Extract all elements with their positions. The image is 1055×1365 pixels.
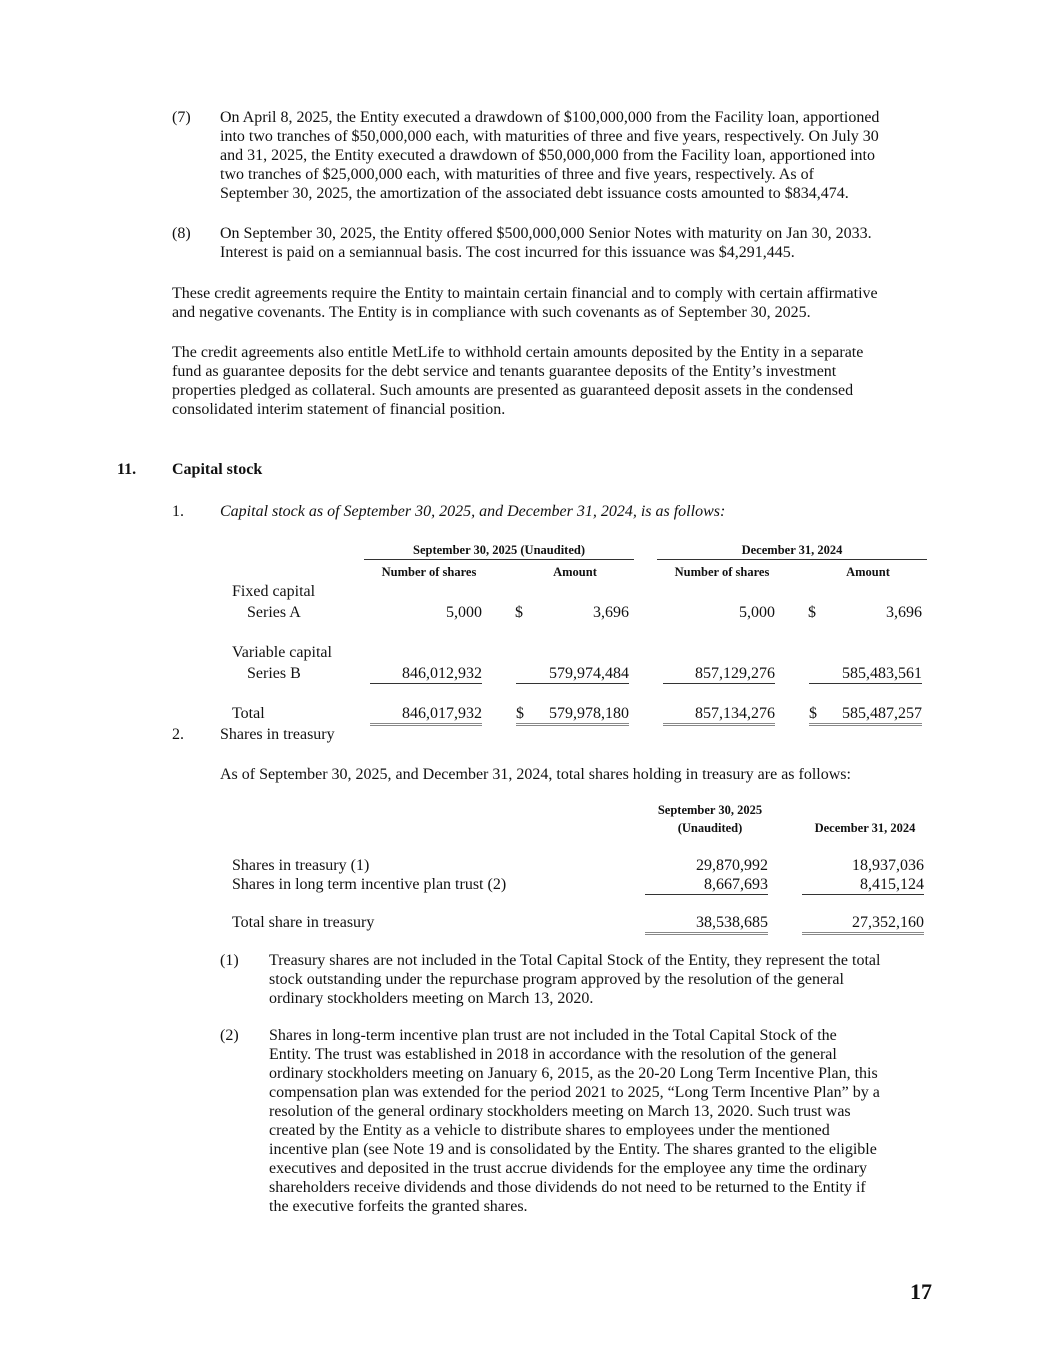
table-cell-total-amount: $ 585,487,257 [809,704,922,726]
table-cell: 18,937,036 [802,856,924,875]
column-header: Amount [813,565,923,580]
group-label: Fixed capital [232,582,315,601]
row-label: Shares in treasury (1) [232,856,369,875]
item-number: 1. [172,502,184,521]
column-header-line2: December 31, 2024 [800,821,930,836]
note-text: On April 8, 2025, the Entity executed a … [220,108,942,203]
footnote-1: (1) Treasury shares are not included in … [220,951,940,1008]
table-cell-total-amount: $ 579,978,180 [516,704,629,726]
currency-symbol: $ [808,603,816,622]
note-text: On September 30, 2025, the Entity offere… [220,224,942,262]
period-header-2025: September 30, 2025 (Unaudited) [364,543,634,560]
table-cell: 8,415,124 [802,875,924,895]
note-number: (8) [172,224,191,243]
column-header: Number of shares [364,565,494,580]
table-cell: 579,974,484 [516,664,629,684]
table-cell: 38,538,685 [645,913,768,935]
period-header-2024: December 31, 2024 [657,543,927,560]
guarantee-deposits-paragraph: The credit agreements also entitle MetLi… [172,343,942,419]
table-cell: 3,696 [530,603,629,622]
section-number: 11. [117,460,136,479]
row-label: Shares in long term incentive plan trust… [232,875,506,894]
group-label: Variable capital [232,643,332,662]
table-cell: 5,000 [370,603,482,622]
item-title: Shares in treasury [220,725,335,744]
table-cell: 846,017,932 [370,704,482,726]
table-cell: 857,129,276 [663,664,775,684]
table-cell: 8,667,693 [645,875,768,895]
note-7: (7) On April 8, 2025, the Entity execute… [172,108,942,203]
table-cell: 585,483,561 [809,664,922,684]
currency-symbol: $ [516,704,524,723]
footnote-2: (2) Shares in long-term incentive plan t… [220,1026,940,1216]
section-title: Capital stock [172,460,262,479]
footnote-text: Treasury shares are not included in the … [269,951,940,1008]
table-cell: 29,870,992 [645,856,768,875]
table-cell: 857,134,276 [663,704,775,726]
currency-symbol: $ [809,704,817,723]
total-label: Total [232,704,265,723]
page-number: 17 [910,1282,932,1301]
column-header: Number of shares [657,565,787,580]
note-8: (8) On September 30, 2025, the Entity of… [172,224,942,262]
covenants-paragraph: These credit agreements require the Enti… [172,284,942,322]
footnote-text: Shares in long-term incentive plan trust… [269,1026,940,1216]
column-header-line2: (Unaudited) [630,821,790,836]
footnote-number: (1) [220,951,239,970]
row-label: Series B [247,664,301,683]
table-cell: 846,012,932 [370,664,482,684]
treasury-intro: As of September 30, 2025, and December 3… [220,765,851,784]
column-header-line1: September 30, 2025 [630,803,790,818]
total-label: Total share in treasury [232,913,374,932]
currency-symbol: $ [515,603,523,622]
note-number: (7) [172,108,191,127]
item-number: 2. [172,725,184,744]
row-label: Series A [247,603,301,622]
table-cell: 5,000 [663,603,775,622]
column-header: Amount [520,565,630,580]
footnote-number: (2) [220,1026,239,1045]
item-intro-text: Capital stock as of September 30, 2025, … [220,502,725,521]
table-cell: 27,352,160 [802,913,924,935]
table-cell: 3,696 [823,603,922,622]
